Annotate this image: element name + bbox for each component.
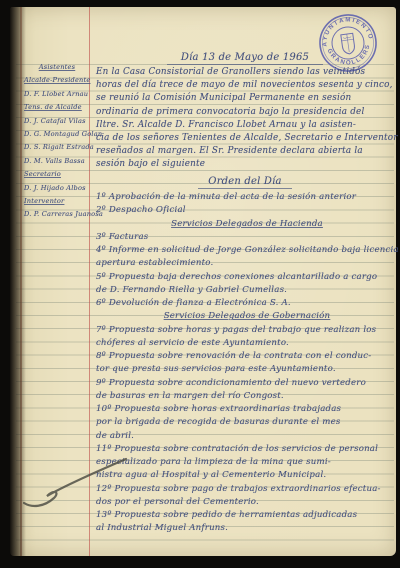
agenda-line: Servicios Delegados de Gobernación bbox=[96, 310, 398, 323]
agenda-line: de abril. bbox=[96, 430, 398, 443]
date-heading: Día 13 de Mayo de 1965 bbox=[96, 51, 394, 65]
agenda-line: especializado para la limpieza de la min… bbox=[96, 456, 398, 469]
agenda-line: chóferes al servicio de este Ayuntamient… bbox=[96, 337, 398, 350]
attendee-entry: Tens. de Alcalde bbox=[24, 101, 90, 114]
attendee-entry: D. J. Catafal Vilas bbox=[24, 115, 90, 128]
attendee-entry: D. F. Llobet Arnau bbox=[24, 88, 90, 101]
paragraph-line: se reunió la Comisión Municipal Permanen… bbox=[96, 92, 398, 105]
agenda-line: Servicios Delegados de Hacienda bbox=[96, 218, 398, 231]
order-of-day-heading: Orden del Día bbox=[96, 175, 394, 189]
agenda-items-list: 1º Aprobación de la minuta del acta de l… bbox=[96, 191, 398, 536]
agenda-line: 7º Propuesta sobre horas y pagas del tra… bbox=[96, 324, 398, 337]
agenda-line: 6º Devolución de fianza a Electrónica S.… bbox=[96, 297, 398, 310]
opening-paragraph: En la Casa Consistorial de Granollers si… bbox=[96, 66, 398, 172]
manuscript-page: AYUNTAMIENTO · GRANOLLERS · AsistentesAl… bbox=[10, 7, 396, 556]
agenda-line: por la brigada de recogida de basuras du… bbox=[96, 416, 398, 429]
attendee-entry: D. P. Carreras Juanosa bbox=[24, 208, 90, 221]
agenda-line: de basuras en la margen del río Congost. bbox=[96, 390, 398, 403]
attendee-entry: Alcalde-Presidente bbox=[24, 74, 90, 87]
paragraph-line: En la Casa Consistorial de Granollers si… bbox=[96, 66, 398, 79]
attendee-entry: Secretario bbox=[24, 168, 90, 181]
paragraph-line: cia de los señores Tenientes de Alcalde,… bbox=[96, 132, 398, 145]
paragraph-line: Iltre. Sr. Alcalde D. Francisco Llobet A… bbox=[96, 119, 398, 132]
agenda-line: 12º Propuesta sobre pago de trabajos ext… bbox=[96, 483, 398, 496]
agenda-line: 11º Propuesta sobre contratación de los … bbox=[96, 443, 398, 456]
date-heading-text: Día 13 de Mayo de 1965 bbox=[167, 52, 323, 65]
attendees-margin-list: AsistentesAlcalde-PresidenteD. F. Llobet… bbox=[24, 61, 90, 222]
agenda-line: tor que presta sus servicios para este A… bbox=[96, 363, 398, 376]
agenda-line: 8º Propuesta sobre renovación de la cont… bbox=[96, 350, 398, 363]
agenda-line: dos por el personal del Cementerio. bbox=[96, 496, 398, 509]
agenda-line: 2º Despacho Oficial bbox=[96, 204, 398, 217]
scanned-photo-frame: AYUNTAMIENTO · GRANOLLERS · AsistentesAl… bbox=[0, 0, 400, 568]
agenda-line: al Industrial Miguel Anfruns. bbox=[96, 522, 398, 535]
attendee-entry: D. G. Montagud Golan bbox=[24, 128, 90, 141]
agenda-line: 5º Propuesta baja derechos conexiones al… bbox=[96, 271, 398, 284]
paragraph-line: horas del día trece de mayo de mil novec… bbox=[96, 79, 398, 92]
attendee-entry: D. J. Hijado Albos bbox=[24, 182, 90, 195]
paragraph-line: ordinaria de primera convocatoria bajo l… bbox=[96, 106, 398, 119]
paragraph-line: sesión bajo el siguiente bbox=[96, 158, 398, 171]
agenda-line: de D. Fernando Riella y Gabriel Cumellas… bbox=[96, 284, 398, 297]
agenda-line: 9º Propuesta sobre acondicionamiento del… bbox=[96, 377, 398, 390]
agenda-line: 4º Informe en solicitud de Jorge Gonzále… bbox=[96, 244, 398, 257]
attendee-entry: Asistentes bbox=[24, 61, 90, 74]
attendee-entry: D. M. Valls Bassa bbox=[24, 155, 90, 168]
attendee-entry: Interventor bbox=[24, 195, 90, 208]
agenda-line: 1º Aprobación de la minuta del acta de l… bbox=[96, 191, 398, 204]
agenda-line: 13º Propuesta sobre pedido de herramient… bbox=[96, 509, 398, 522]
agenda-line: apertura establecimiento. bbox=[96, 257, 398, 270]
agenda-line: nistra agua al Hospital y al Cementerio … bbox=[96, 469, 398, 482]
paragraph-line: reseñados al margen. El Sr. Presidente d… bbox=[96, 145, 398, 158]
agenda-line: 3º Facturas bbox=[96, 231, 398, 244]
order-of-day-text: Orden del Día bbox=[198, 176, 291, 189]
attendee-entry: D. S. Rigalt Estrada bbox=[24, 141, 90, 154]
agenda-line: 10º Propuesta sobre horas extraordinaria… bbox=[96, 403, 398, 416]
